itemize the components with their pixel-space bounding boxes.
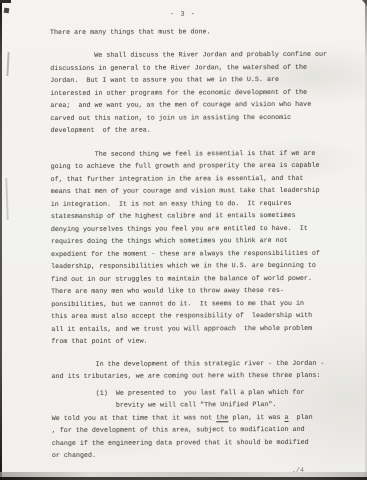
text-line: going to achieve the full growth and pro… [51,160,357,174]
text-line: find out in our struggles to maintain th… [51,272,357,286]
text-line: and its tributaries, we are coming out h… [52,370,358,384]
text-line: means that men of your courage and visio… [51,185,357,199]
page-number: - 3 - [50,11,316,19]
pencil-mark [6,52,9,76]
text-segment: plan, it was [228,413,284,421]
text-segment: plan [288,413,312,421]
text-line: from that point of view. [51,335,357,349]
text-line: or changed. [52,449,358,463]
scan-corner-mark-top-left [0,0,11,3]
text-segment: We told you at that time that it was not [52,414,217,423]
text-line: this area must also accept the responsib… [51,310,357,324]
scan-edge-left [0,0,2,480]
scanned-document-page: - 3 - There are many things that must be… [0,0,367,480]
text-line-with-underlines: We told you at that time that it was not… [52,411,358,425]
text-line: area; and we want you, as the men of cou… [50,99,356,113]
continuation-mark: ./4 [52,464,358,478]
underlined-word: the [216,414,228,422]
pencil-check-mark [4,8,10,14]
text-line: all it entails, and we trust you will ap… [51,322,357,336]
text-line: development of the area. [50,124,356,138]
document-body: There are many things that must be done.… [50,26,358,478]
text-line: There are many things that must be done. [50,26,356,40]
text-line: We shall discuss the River Jordan and pr… [50,49,356,63]
text-line: leadership, responsibilities which we in… [51,260,357,274]
pencil-mark [5,178,8,220]
